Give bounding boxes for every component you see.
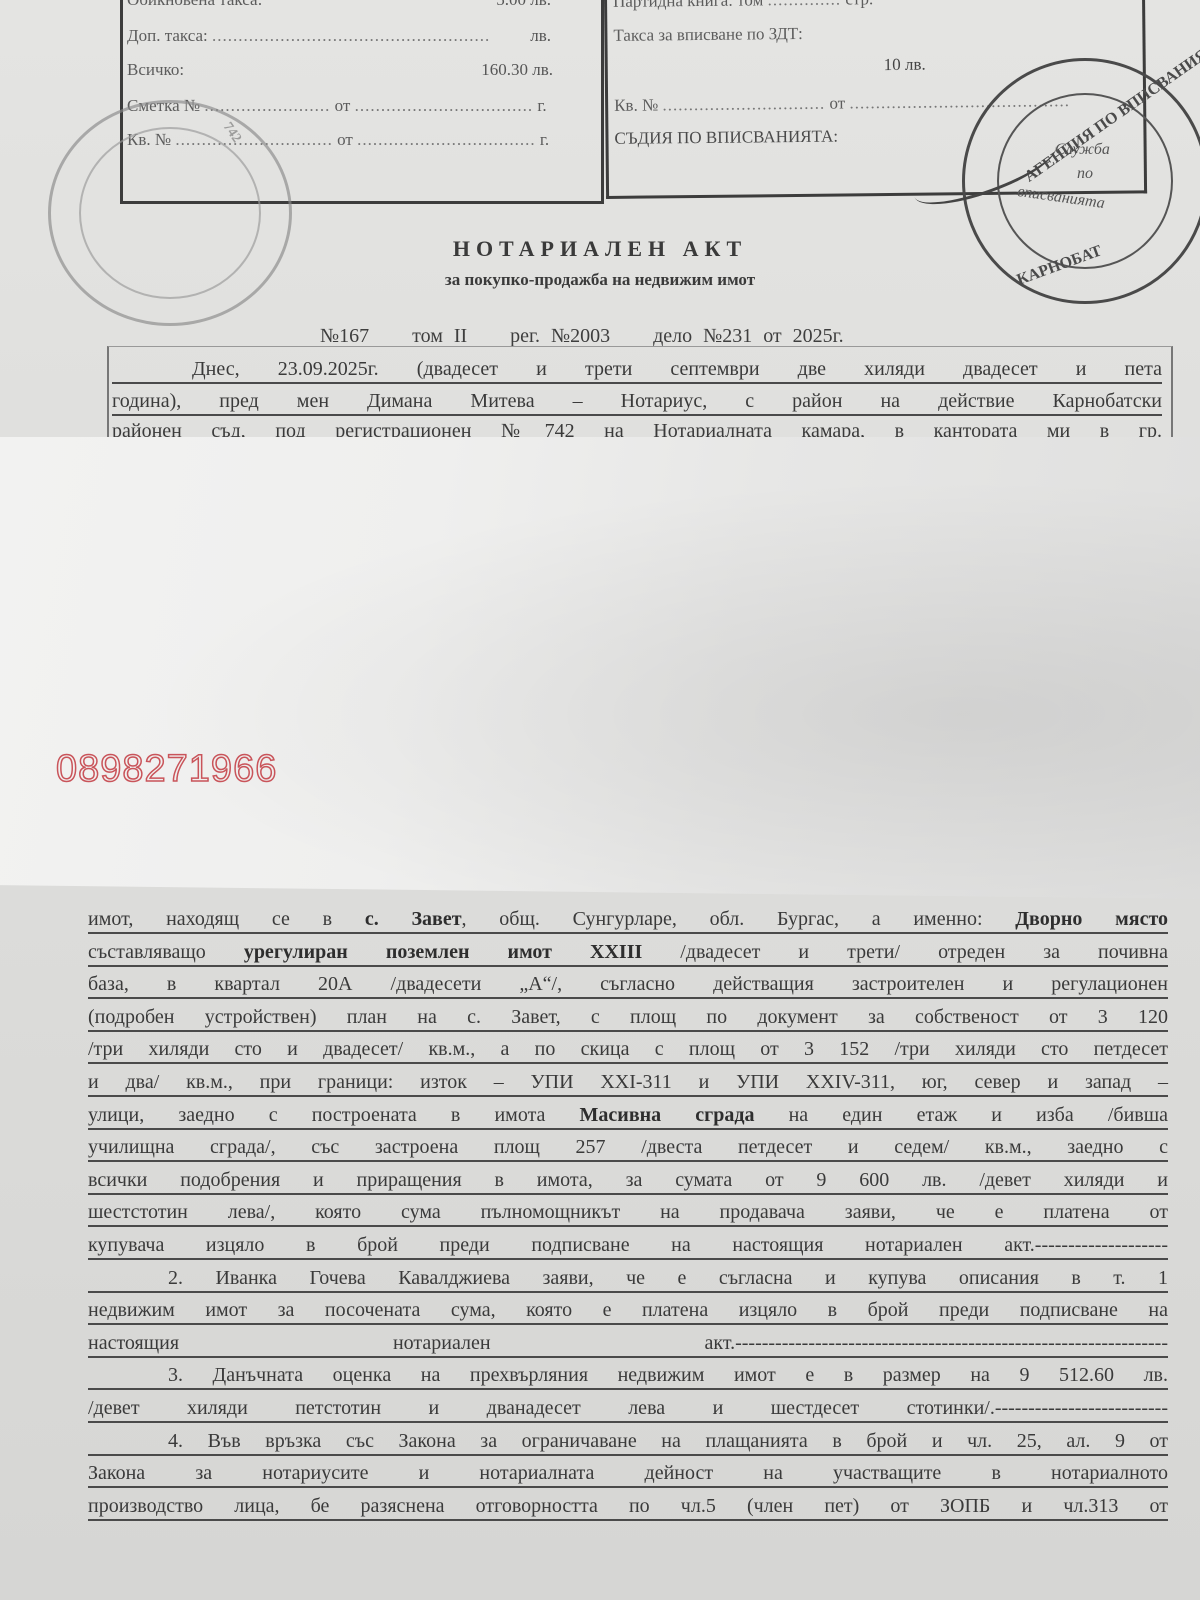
body-line: съставляващо урегулиран поземлен имот XX… bbox=[88, 939, 1168, 967]
fee-label: Всичко: bbox=[127, 60, 184, 79]
body-line: имот, находящ се в с. Завет, общ. Сунгур… bbox=[88, 906, 1168, 934]
text-run: недвижим имот за посочената сума, която … bbox=[88, 1299, 1168, 1321]
text-run: съставляващо bbox=[88, 941, 244, 963]
registry-label: Кв. № bbox=[614, 95, 658, 114]
text-run: настоящия нотариален акт.---------------… bbox=[88, 1332, 1168, 1354]
body-line: недвижим имот за посочената сума, която … bbox=[88, 1297, 1168, 1325]
registry-label: Партидна книга: том bbox=[613, 0, 763, 11]
intro-line: година), пред мен Димана Митева – Нотари… bbox=[112, 388, 1162, 416]
text-run: и два/ кв.м., при граници: изток – УПИ X… bbox=[88, 1071, 1168, 1093]
fee-value: 5.00 лв. bbox=[496, 0, 551, 10]
body-line: настоящия нотариален акт.---------------… bbox=[88, 1330, 1168, 1358]
text-run: /три хиляди сто и двадесет/ кв.м., а по … bbox=[88, 1038, 1168, 1060]
act-case-number: дело №231 от 2025г. bbox=[653, 325, 844, 347]
body-line: 2. Иванка Гочева Кавалджиева заяви, че е… bbox=[88, 1265, 1168, 1293]
registry-judge-label: СЪДИЯ ПО ВПИСВАНИЯТА: bbox=[614, 127, 838, 149]
fold-shadow bbox=[0, 437, 1200, 899]
text-run: , общ. Сунгурларе, обл. Бургас, а именно… bbox=[462, 908, 1016, 930]
text-run: база, в квартал 20А /двадесети „А“/, съг… bbox=[88, 973, 1168, 995]
registration-line: №167 том II рег. №2003 дело №231 от 2025… bbox=[320, 325, 876, 348]
act-volume: том II bbox=[412, 325, 467, 347]
fee-label: Доп. такса: bbox=[127, 26, 208, 45]
body-line: /три хиляди сто и двадесет/ кв.м., а по … bbox=[88, 1036, 1168, 1064]
body-line: всички подобрения и приращения в имота, … bbox=[88, 1167, 1168, 1195]
stamp-center-line: Служба bbox=[1055, 141, 1110, 159]
notary-stamp-left: 742 bbox=[48, 100, 292, 326]
body-line: (подробен устройствен) план на с. Завет,… bbox=[88, 1004, 1168, 1032]
fee-year-suffix: г. bbox=[540, 130, 549, 149]
phone-number-watermark: 0898271966 bbox=[56, 748, 277, 791]
text-run: 2. Иванка Гочева Кавалджиева заяви, че е… bbox=[168, 1267, 1168, 1289]
fee-from-label: от bbox=[337, 130, 353, 149]
registry-from-label: от bbox=[829, 93, 845, 112]
act-reg-number: рег. №2003 bbox=[510, 325, 610, 347]
bold-term: с. Завет bbox=[365, 908, 462, 930]
fee-from-label: от bbox=[335, 96, 351, 115]
fee-row-standard: Обикновена такса: bbox=[127, 0, 262, 10]
body-line: 3. Данъчната оценка на прехвърляния недв… bbox=[88, 1362, 1168, 1390]
body-line: купувача изцяло в брой преди подписване … bbox=[88, 1232, 1168, 1260]
document-page: Обикновена такса: 5.00 лв. Доп. такса: .… bbox=[0, 0, 1200, 1600]
act-number: №167 bbox=[320, 325, 369, 347]
body-line: улици, заедно с построената в имота Маси… bbox=[88, 1102, 1168, 1130]
text-run: на един етаж и изба /бивша bbox=[754, 1104, 1168, 1126]
body-line: шестстотин лева/, която сума пълномощник… bbox=[88, 1199, 1168, 1227]
registry-row-book: Партидна книга: том .............. стр. bbox=[613, 0, 873, 12]
registry-fee-label: Такса за вписване по ЗДТ: bbox=[613, 24, 803, 46]
text-run: училищна сграда/, със застроена площ 257… bbox=[88, 1136, 1168, 1158]
registry-page-label: стр. bbox=[845, 0, 873, 8]
intro-line: Днес, 23.09.2025г. (двадесет и трети сеп… bbox=[112, 356, 1162, 384]
text-run: Закона за нотариусите и нотариалната дей… bbox=[88, 1462, 1168, 1484]
text-run: /двадесет и трети/ отреден за почивна bbox=[642, 941, 1168, 963]
document-subtitle: за покупко-продажба на недвижим имот bbox=[0, 270, 1200, 290]
text-run: /девет хиляди петстотин и дванадесет лев… bbox=[88, 1397, 1168, 1419]
text-run: 3. Данъчната оценка на прехвърляния недв… bbox=[168, 1364, 1168, 1386]
registry-fee-value: 10 лв. bbox=[884, 55, 926, 75]
text-run: всички подобрения и приращения в имота, … bbox=[88, 1169, 1168, 1191]
fee-year-suffix: г. bbox=[537, 96, 546, 115]
text-run: купувача изцяло в брой преди подписване … bbox=[88, 1234, 1168, 1256]
body-line: и два/ кв.м., при граници: изток – УПИ X… bbox=[88, 1069, 1168, 1097]
fee-value: лв. bbox=[530, 26, 551, 46]
bold-term: Масивна сграда bbox=[580, 1104, 755, 1126]
body-line: производство лица, бе разяснена отговорн… bbox=[88, 1493, 1168, 1521]
body-line: база, в квартал 20А /двадесети „А“/, съг… bbox=[88, 971, 1168, 999]
body-line: училищна сграда/, със застроена площ 257… bbox=[88, 1134, 1168, 1162]
fee-row-additional: Доп. такса: ............................… bbox=[127, 26, 490, 46]
text-run: 4. Във връзка със Закона за ограничаване… bbox=[168, 1430, 1168, 1452]
text-run: шестстотин лева/, която сума пълномощник… bbox=[88, 1201, 1168, 1223]
body-line: Закона за нотариусите и нотариалната дей… bbox=[88, 1460, 1168, 1488]
text-run: улици, заедно с построената в имота bbox=[88, 1104, 580, 1126]
text-run: производство лица, бе разяснена отговорн… bbox=[88, 1495, 1168, 1517]
bold-term: Дворно място bbox=[1015, 908, 1168, 930]
bold-term: урегулиран поземлен имот XXIII bbox=[244, 941, 642, 963]
body-line: /девет хиляди петстотин и дванадесет лев… bbox=[88, 1395, 1168, 1423]
fee-row-total: Всичко: bbox=[127, 60, 184, 80]
text-run: имот, находящ се в bbox=[88, 908, 365, 930]
body-line: 4. Във връзка със Закона за ограничаване… bbox=[88, 1428, 1168, 1456]
fee-label: Обикновена такса: bbox=[127, 0, 262, 9]
text-run: (подробен устройствен) план на с. Завет,… bbox=[88, 1006, 1168, 1028]
fee-total-value: 160.30 лв. bbox=[481, 60, 553, 80]
stamp-center-line: по bbox=[1077, 165, 1093, 183]
document-title: НОТАРИАЛЕН АКТ bbox=[0, 236, 1200, 262]
